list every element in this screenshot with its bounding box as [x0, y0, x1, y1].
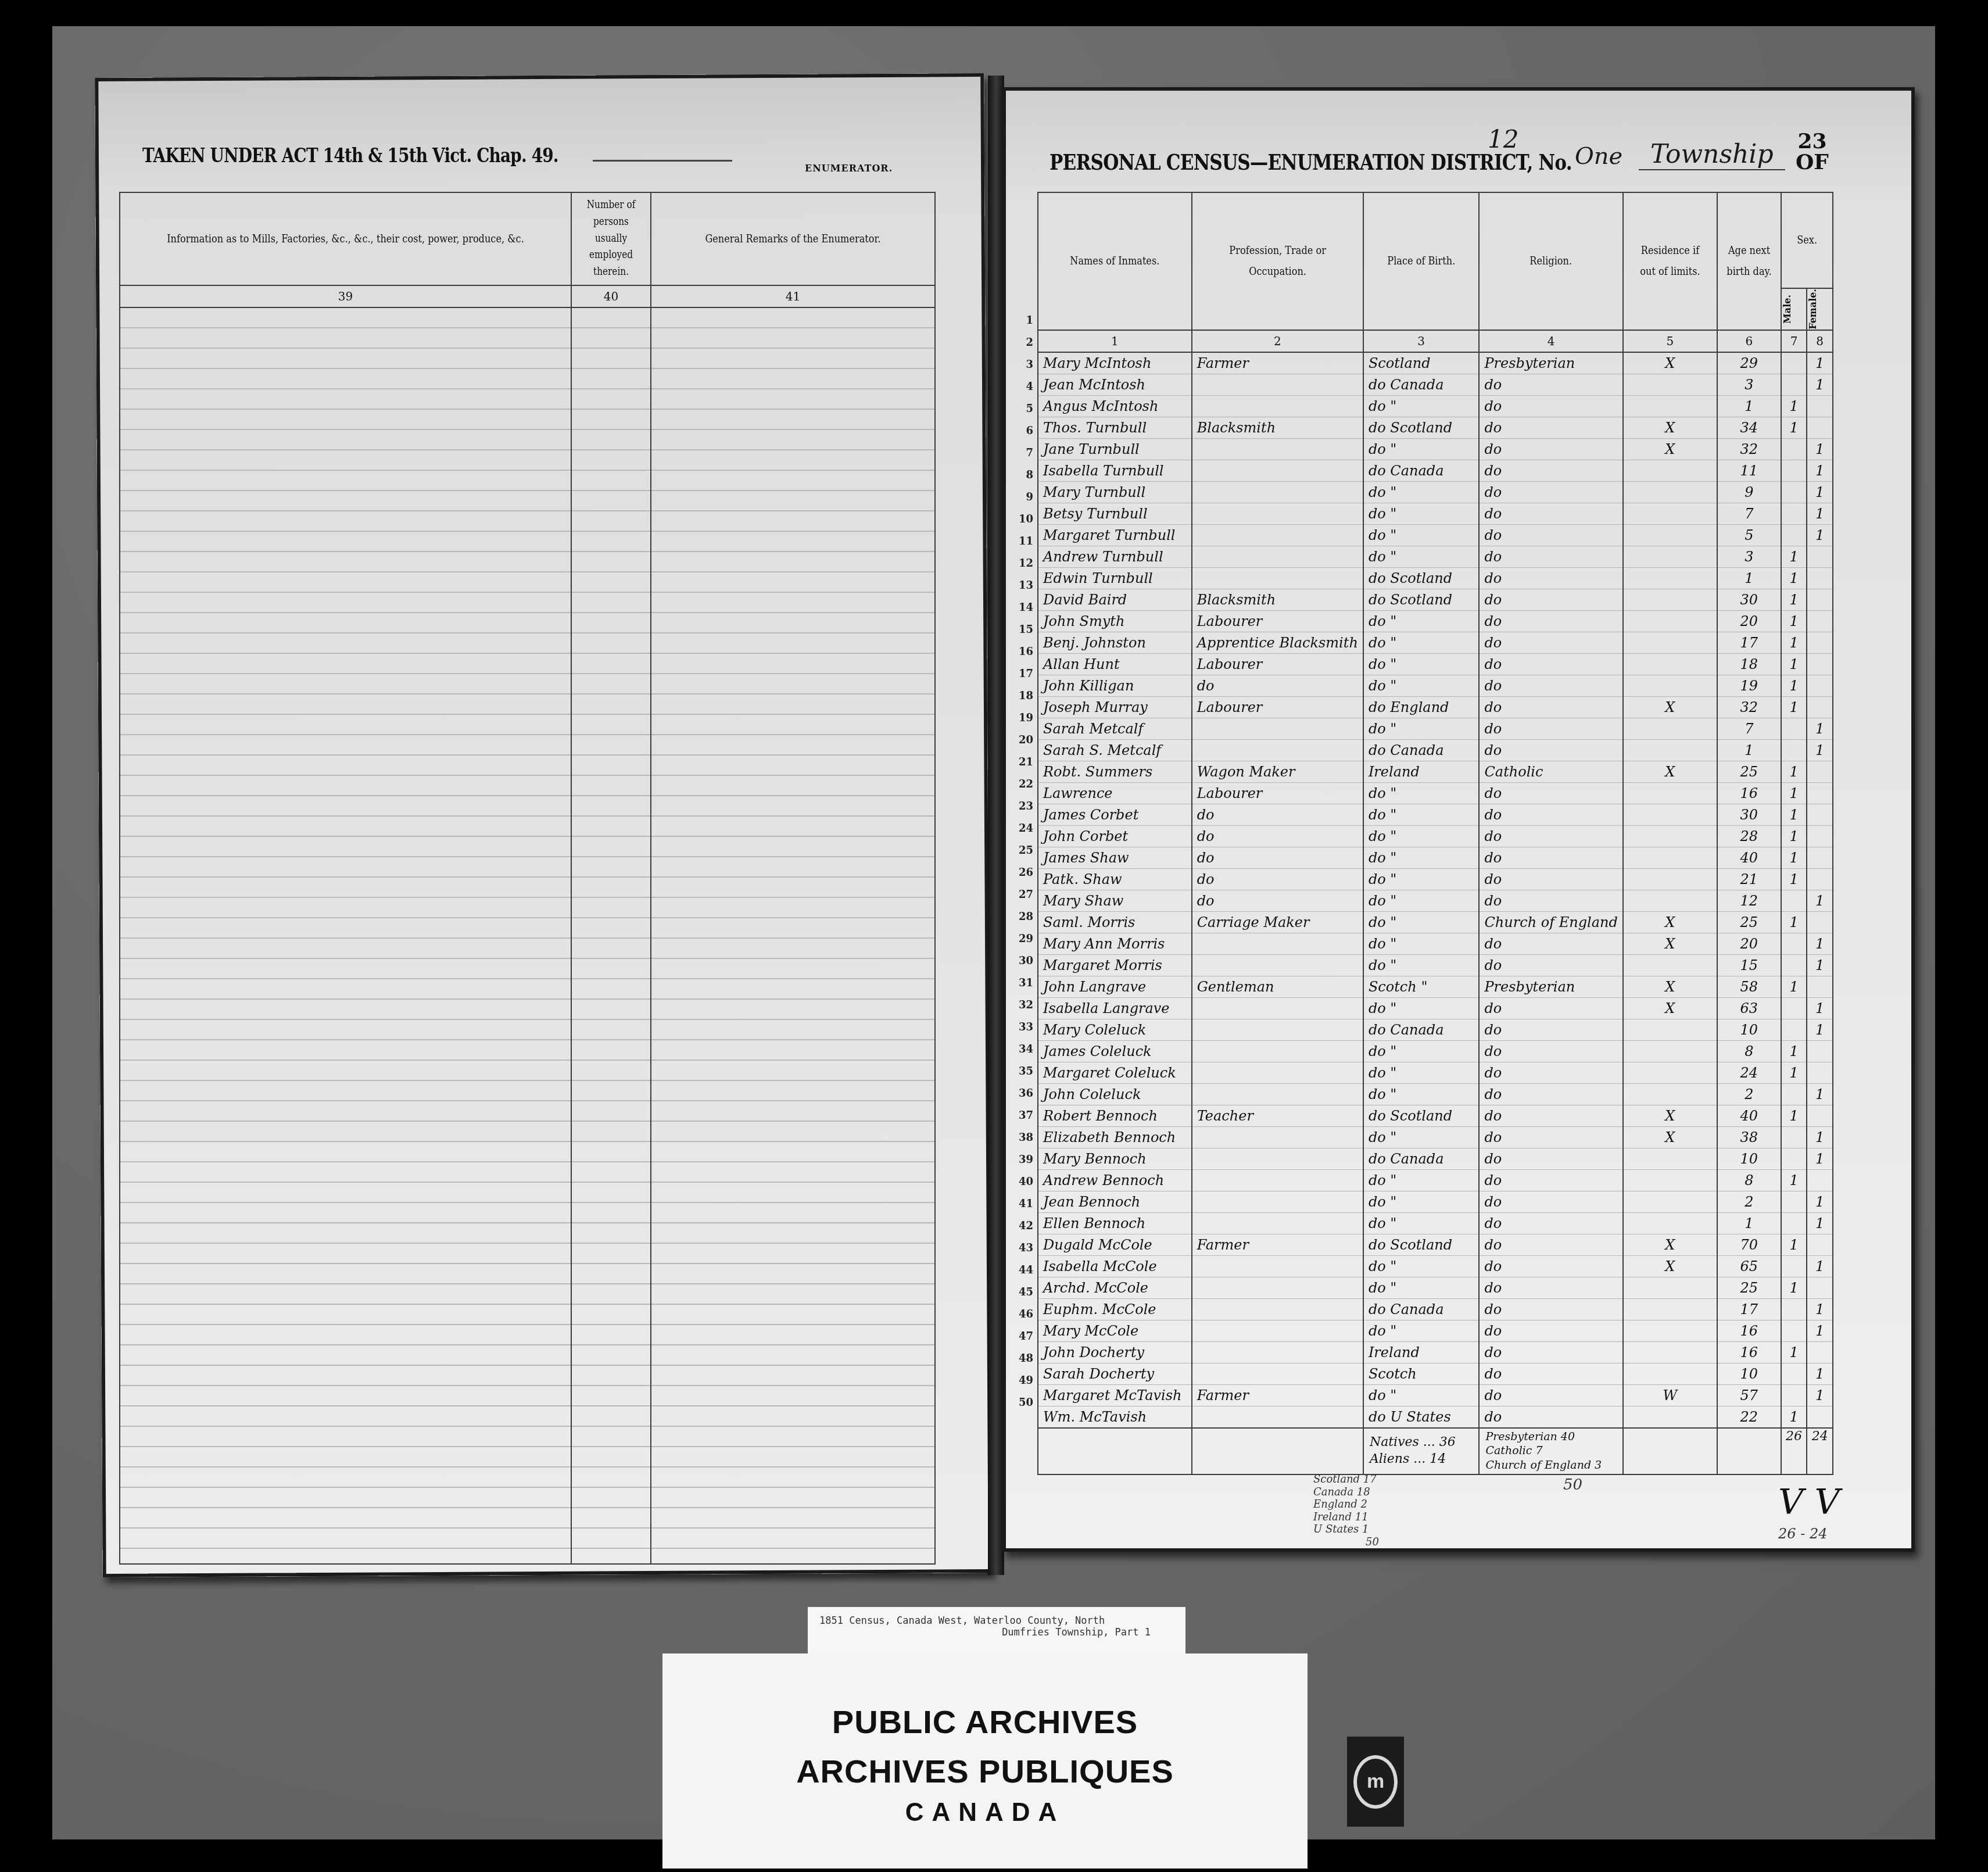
entry-age: 30 [1717, 589, 1781, 610]
entry-birthplace: do Scotland [1363, 1234, 1480, 1255]
row-number: 12 [1011, 557, 1033, 570]
entry-female: 1 [1807, 1148, 1833, 1169]
col-birthplace-header: Place of Birth. [1363, 192, 1480, 330]
book-spine [988, 76, 1004, 1575]
entry-religion: do [1479, 1212, 1622, 1234]
col-number: 2 [1192, 330, 1363, 352]
entry-name: Sarah Docherty [1038, 1363, 1192, 1384]
entry-age: 21 [1717, 868, 1781, 890]
entry-female: 1 [1807, 1019, 1833, 1040]
left-page-title: TAKEN UNDER ACT 14th & 15th Vict. Chap. … [142, 144, 558, 167]
entry-occupation [1192, 395, 1363, 417]
col-number: 7 [1781, 330, 1807, 352]
entry-male [1781, 524, 1807, 546]
entry-male: 1 [1781, 1234, 1807, 1255]
entry-occupation: Labourer [1192, 782, 1363, 804]
entry-female: 1 [1807, 739, 1833, 761]
religion-tally-total: 50 [1563, 1476, 1582, 1494]
row-number: 38 [1011, 1132, 1033, 1144]
entry-occupation [1192, 954, 1363, 976]
entry-occupation [1192, 1126, 1363, 1148]
table-row: John Corbetdodo "do281 [1038, 825, 1833, 847]
entry-birthplace: do " [1363, 1212, 1480, 1234]
entry-occupation: Labourer [1192, 653, 1363, 675]
entry-religion: do [1479, 1083, 1622, 1105]
entry-male: 1 [1781, 911, 1807, 933]
entry-female [1807, 1169, 1833, 1191]
table-row: Angus McIntoshdo "do11 [1038, 395, 1833, 417]
table-row: Patk. Shawdodo "do211 [1038, 868, 1833, 890]
entry-female [1807, 782, 1833, 804]
row-number: 48 [1011, 1352, 1033, 1365]
entry-occupation: do [1192, 847, 1363, 868]
row-number: 7 [1011, 447, 1033, 459]
entry-occupation [1192, 1320, 1363, 1341]
entry-religion: do [1479, 1062, 1622, 1083]
row-number: 4 [1011, 381, 1033, 393]
entry-birthplace: do " [1363, 438, 1480, 460]
entry-residence-mark [1623, 1277, 1717, 1298]
entry-occupation [1192, 739, 1363, 761]
entry-religion: do [1479, 954, 1622, 976]
entry-name: David Baird [1038, 589, 1192, 610]
entry-birthplace: do " [1363, 1384, 1480, 1406]
entry-age: 16 [1717, 782, 1781, 804]
entry-female [1807, 589, 1833, 610]
entry-birthplace: do " [1363, 911, 1480, 933]
entry-name: Robert Bennoch [1038, 1105, 1192, 1126]
entry-religion: do [1479, 675, 1622, 696]
entry-name: Isabella McCole [1038, 1255, 1192, 1277]
entry-age: 65 [1717, 1255, 1781, 1277]
entry-female: 1 [1807, 374, 1833, 395]
entry-birthplace: do " [1363, 524, 1480, 546]
col-mills-header: Information as to Mills, Factories, &c.,… [120, 192, 571, 285]
entry-occupation: Farmer [1192, 1384, 1363, 1406]
entry-female [1807, 868, 1833, 890]
entry-residence-mark [1623, 675, 1717, 696]
totals-age-cell [1717, 1428, 1781, 1474]
entry-religion: do [1479, 1298, 1622, 1320]
archives-logo-icon: m [1347, 1737, 1404, 1827]
row-number: 46 [1011, 1308, 1033, 1320]
persons-body [571, 307, 651, 1564]
entry-age: 15 [1717, 954, 1781, 976]
entry-name: Elizabeth Bennoch [1038, 1126, 1192, 1148]
row-number: 34 [1011, 1043, 1033, 1055]
table-row: Mary Shawdodo "do121 [1038, 890, 1833, 911]
entry-residence-mark [1623, 825, 1717, 847]
entry-age: 1 [1717, 567, 1781, 589]
row-number: 30 [1011, 955, 1033, 967]
entry-male: 1 [1781, 825, 1807, 847]
entry-name: Lawrence [1038, 782, 1192, 804]
entry-age: 12 [1717, 890, 1781, 911]
col-male-header: Male. [1781, 288, 1807, 330]
entry-age: 1 [1717, 395, 1781, 417]
entry-age: 25 [1717, 761, 1781, 782]
table-row: Mary Ann Morrisdo "doX201 [1038, 933, 1833, 954]
entry-religion: do [1479, 503, 1622, 524]
entry-age: 8 [1717, 1169, 1781, 1191]
enumerator-label: ENUMERATOR. [805, 163, 893, 174]
entry-male [1781, 1019, 1807, 1040]
entry-birthplace: do " [1363, 1040, 1480, 1062]
entry-occupation [1192, 1040, 1363, 1062]
row-number: 15 [1011, 624, 1033, 636]
table-row: Margaret Turnbulldo "do51 [1038, 524, 1833, 546]
entry-female: 1 [1807, 460, 1833, 481]
entry-name: Dugald McCole [1038, 1234, 1192, 1255]
entry-residence-mark [1623, 782, 1717, 804]
row-number: 41 [1011, 1198, 1033, 1210]
entry-birthplace: do " [1363, 675, 1480, 696]
row-number: 14 [1011, 602, 1033, 614]
female-total: 24 [1807, 1428, 1833, 1474]
entry-age: 7 [1717, 718, 1781, 739]
entry-name: James Coleluck [1038, 1040, 1192, 1062]
entry-name: Mary Shaw [1038, 890, 1192, 911]
entry-male [1781, 954, 1807, 976]
entry-name: Mary Coleluck [1038, 1019, 1192, 1040]
row-number: 49 [1011, 1375, 1033, 1387]
row-number: 37 [1011, 1109, 1033, 1122]
entry-residence-mark [1623, 890, 1717, 911]
entry-age: 29 [1717, 352, 1781, 374]
entry-age: 10 [1717, 1363, 1781, 1384]
entry-residence-mark: X [1623, 1234, 1717, 1255]
entry-female [1807, 567, 1833, 589]
entry-age: 70 [1717, 1234, 1781, 1255]
entry-name: Mary McIntosh [1038, 352, 1192, 374]
table-row: Sarah DochertyScotchdo101 [1038, 1363, 1833, 1384]
entry-residence-mark [1623, 1406, 1717, 1428]
entry-name: Jean McIntosh [1038, 374, 1192, 395]
row-number: 24 [1011, 822, 1033, 835]
entry-name: John Smyth [1038, 610, 1192, 632]
entry-age: 16 [1717, 1341, 1781, 1363]
entry-male [1781, 503, 1807, 524]
entry-residence-mark [1623, 610, 1717, 632]
handwritten-district-number: One [1575, 143, 1622, 170]
table-row: John DochertyIrelanddo161 [1038, 1341, 1833, 1363]
row-number: 19 [1011, 712, 1033, 724]
table-row: Robert BennochTeacherdo ScotlanddoX401 [1038, 1105, 1833, 1126]
entry-name: Betsy Turnbull [1038, 503, 1192, 524]
entry-birthplace: do " [1363, 825, 1480, 847]
entry-age: 20 [1717, 610, 1781, 632]
row-number: 23 [1011, 800, 1033, 812]
entry-age: 2 [1717, 1191, 1781, 1212]
entry-religion: do [1479, 825, 1622, 847]
entry-religion: do [1479, 868, 1622, 890]
entry-birthplace: do " [1363, 395, 1480, 417]
entry-occupation [1192, 1277, 1363, 1298]
entry-name: John Docherty [1038, 1341, 1192, 1363]
entry-birthplace: do " [1363, 610, 1480, 632]
entry-female [1807, 417, 1833, 438]
entry-birthplace: Scotch " [1363, 976, 1480, 997]
table-row: David BairdBlacksmithdo Scotlanddo301 [1038, 589, 1833, 610]
entry-residence-mark: X [1623, 911, 1717, 933]
entry-name: Mary Bennoch [1038, 1148, 1192, 1169]
entry-male [1781, 1083, 1807, 1105]
entry-female: 1 [1807, 352, 1833, 374]
entry-birthplace: do " [1363, 1062, 1480, 1083]
table-row: Jane Turnbulldo "doX321 [1038, 438, 1833, 460]
entry-occupation: do [1192, 890, 1363, 911]
microfilm-caption: 1851 Census, Canada West, Waterloo Count… [808, 1607, 1185, 1659]
table-row: Margaret Coleluckdo "do241 [1038, 1062, 1833, 1083]
entry-birthplace: do U States [1363, 1406, 1480, 1428]
entry-female [1807, 804, 1833, 825]
row-number: 45 [1011, 1286, 1033, 1298]
entry-age: 24 [1717, 1062, 1781, 1083]
entry-female: 1 [1807, 1384, 1833, 1406]
table-row: Mary Coleluckdo Canadado101 [1038, 1019, 1833, 1040]
entry-religion: do [1479, 374, 1622, 395]
entry-male [1781, 1255, 1807, 1277]
archives-title-fr: ARCHIVES PUBLIQUES [662, 1752, 1308, 1790]
table-row: James Shawdodo "do401 [1038, 847, 1833, 868]
entry-age: 38 [1717, 1126, 1781, 1148]
entry-birthplace: do Canada [1363, 1019, 1480, 1040]
totals-birthplace: Natives ... 36 Aliens ... 14 [1363, 1428, 1480, 1474]
entry-occupation [1192, 1255, 1363, 1277]
entry-name: Wm. McTavish [1038, 1406, 1192, 1428]
entry-occupation [1192, 1298, 1363, 1320]
col-occupation-header: Profession, Trade or Occupation. [1192, 192, 1363, 330]
entry-female: 1 [1807, 1298, 1833, 1320]
entry-female: 1 [1807, 718, 1833, 739]
table-row: Isabella Langravedo "doX631 [1038, 997, 1833, 1019]
entry-name: Jean Bennoch [1038, 1191, 1192, 1212]
entry-male [1781, 1298, 1807, 1320]
table-row: Mary McIntoshFarmerScotlandPresbyterianX… [1038, 352, 1833, 374]
entry-name: Andrew Turnbull [1038, 546, 1192, 567]
row-number: 6 [1011, 425, 1033, 437]
entry-birthplace: do " [1363, 503, 1480, 524]
table-row: Margaret Morrisdo "do151 [1038, 954, 1833, 976]
entry-residence-mark [1623, 481, 1717, 503]
entry-female: 1 [1807, 1363, 1833, 1384]
handwritten-district-name: Township [1639, 139, 1785, 170]
table-row: LawrenceLabourerdo "do161 [1038, 782, 1833, 804]
entry-male: 1 [1781, 1406, 1807, 1428]
entry-male [1781, 718, 1807, 739]
entry-male [1781, 739, 1807, 761]
entry-religion: do [1479, 739, 1622, 761]
entry-female: 1 [1807, 1191, 1833, 1212]
entry-religion: do [1479, 546, 1622, 567]
col-female-header: Female. [1807, 288, 1833, 330]
entry-occupation [1192, 1148, 1363, 1169]
entry-age: 9 [1717, 481, 1781, 503]
entry-residence-mark: W [1623, 1384, 1717, 1406]
entry-age: 20 [1717, 933, 1781, 954]
entry-male [1781, 1126, 1807, 1148]
entry-name: James Corbet [1038, 804, 1192, 825]
entry-birthplace: do " [1363, 997, 1480, 1019]
entry-religion: do [1479, 1169, 1622, 1191]
entry-male [1781, 1384, 1807, 1406]
entry-female [1807, 825, 1833, 847]
table-row: Elizabeth Bennochdo "doX381 [1038, 1126, 1833, 1148]
entry-age: 22 [1717, 1406, 1781, 1428]
totals-names-cell [1038, 1428, 1192, 1474]
entry-name: Margaret Turnbull [1038, 524, 1192, 546]
entry-male [1781, 933, 1807, 954]
entry-female [1807, 395, 1833, 417]
entry-birthplace: do " [1363, 868, 1480, 890]
entry-residence-mark [1623, 503, 1717, 524]
col-sex-header: Sex. [1781, 192, 1833, 288]
entry-name: Isabella Turnbull [1038, 460, 1192, 481]
entry-female [1807, 546, 1833, 567]
entry-age: 63 [1717, 997, 1781, 1019]
entry-residence-mark [1623, 1298, 1717, 1320]
col-remarks-header: General Remarks of the Enumerator. [651, 192, 935, 285]
entry-birthplace: do " [1363, 632, 1480, 653]
col-number: 41 [651, 285, 935, 307]
table-row: Benj. JohnstonApprentice Blacksmithdo "d… [1038, 632, 1833, 653]
entry-occupation [1192, 1363, 1363, 1384]
entry-occupation [1192, 1212, 1363, 1234]
row-number: 35 [1011, 1065, 1033, 1078]
archives-title-en: PUBLIC ARCHIVES [662, 1703, 1308, 1741]
entry-residence-mark [1623, 1040, 1717, 1062]
entry-occupation: Teacher [1192, 1105, 1363, 1126]
row-number: 10 [1011, 513, 1033, 525]
entry-birthplace: do " [1363, 1169, 1480, 1191]
birthplace-tally: Scotland 17 Canada 18 England 2 Ireland … [1313, 1473, 1379, 1549]
entry-birthplace: do Canada [1363, 460, 1480, 481]
entry-female [1807, 675, 1833, 696]
entry-occupation [1192, 460, 1363, 481]
entry-name: Patk. Shaw [1038, 868, 1192, 890]
entry-occupation [1192, 546, 1363, 567]
entry-birthplace: do Canada [1363, 739, 1480, 761]
row-number: 36 [1011, 1087, 1033, 1100]
table-row: Isabella Turnbulldo Canadado111 [1038, 460, 1833, 481]
entry-name: Joseph Murray [1038, 696, 1192, 718]
entry-age: 10 [1717, 1019, 1781, 1040]
table-row: Isabella McColedo "doX651 [1038, 1255, 1833, 1277]
row-number: 43 [1011, 1242, 1033, 1254]
entry-female [1807, 761, 1833, 782]
entry-female: 1 [1807, 1320, 1833, 1341]
entry-male: 1 [1781, 632, 1807, 653]
entry-residence-mark [1623, 1019, 1717, 1040]
entry-male: 1 [1781, 761, 1807, 782]
row-number: 47 [1011, 1330, 1033, 1343]
entry-religion: do [1479, 1320, 1622, 1341]
entry-religion: do [1479, 1234, 1622, 1255]
entry-residence-mark: X [1623, 933, 1717, 954]
entry-occupation [1192, 438, 1363, 460]
entry-female [1807, 632, 1833, 653]
entry-religion: do [1479, 567, 1622, 589]
entry-residence-mark [1623, 847, 1717, 868]
entry-residence-mark [1623, 567, 1717, 589]
entry-female: 1 [1807, 1083, 1833, 1105]
row-number: 18 [1011, 690, 1033, 702]
entry-residence-mark [1623, 546, 1717, 567]
entry-age: 18 [1717, 653, 1781, 675]
table-row: Wm. McTavishdo U Statesdo221 [1038, 1406, 1833, 1428]
entry-male [1781, 1148, 1807, 1169]
entry-residence-mark [1623, 1191, 1717, 1212]
left-page-table: Information as to Mills, Factories, &c.,… [119, 192, 936, 1565]
entry-occupation [1192, 1062, 1363, 1083]
table-row: Mary Bennochdo Canadado101 [1038, 1148, 1833, 1169]
remarks-body [651, 307, 935, 1564]
entry-male [1781, 460, 1807, 481]
entry-female [1807, 1234, 1833, 1255]
entry-male [1781, 352, 1807, 374]
entry-religion: do [1479, 1384, 1622, 1406]
table-row: Betsy Turnbulldo "do71 [1038, 503, 1833, 524]
row-number: 27 [1011, 889, 1033, 901]
entry-occupation [1192, 567, 1363, 589]
entry-male: 1 [1781, 1105, 1807, 1126]
col-number: 4 [1479, 330, 1622, 352]
entry-name: John Coleluck [1038, 1083, 1192, 1105]
entry-religion: do [1479, 933, 1622, 954]
table-row: Andrew Turnbulldo "do31 [1038, 546, 1833, 567]
entry-birthplace: do " [1363, 1320, 1480, 1341]
row-number: 21 [1011, 756, 1033, 768]
row-number: 3 [1011, 359, 1033, 371]
entry-religion: do [1479, 1341, 1622, 1363]
entry-occupation: Farmer [1192, 1234, 1363, 1255]
row-number: 42 [1011, 1220, 1033, 1232]
entry-residence-mark [1623, 1341, 1717, 1363]
entry-religion: do [1479, 589, 1622, 610]
entry-religion: do [1479, 1191, 1622, 1212]
col-number: 3 [1363, 330, 1480, 352]
entry-religion: do [1479, 1040, 1622, 1062]
table-row: Mary Turnbulldo "do91 [1038, 481, 1833, 503]
entry-male: 1 [1781, 589, 1807, 610]
entry-name: Euphm. McCole [1038, 1298, 1192, 1320]
entry-male: 1 [1781, 567, 1807, 589]
entry-birthplace: Scotland [1363, 352, 1480, 374]
entry-religion: do [1479, 696, 1622, 718]
totals-residence-cell [1623, 1428, 1717, 1474]
entry-name: John Langrave [1038, 976, 1192, 997]
entry-name: Margaret McTavish [1038, 1384, 1192, 1406]
entry-age: 19 [1717, 675, 1781, 696]
row-number: 39 [1011, 1154, 1033, 1166]
entry-female [1807, 696, 1833, 718]
table-row: John Killigandodo "do191 [1038, 675, 1833, 696]
entry-male: 1 [1781, 1169, 1807, 1191]
entry-name: Margaret Coleluck [1038, 1062, 1192, 1083]
entry-residence-mark [1623, 804, 1717, 825]
entry-name: Sarah S. Metcalf [1038, 739, 1192, 761]
entry-religion: do [1479, 438, 1622, 460]
row-number: 2 [1011, 337, 1033, 349]
entry-female [1807, 1277, 1833, 1298]
entry-occupation [1192, 933, 1363, 954]
entry-religion: do [1479, 1148, 1622, 1169]
entry-residence-mark: X [1623, 976, 1717, 997]
entry-name: Andrew Bennoch [1038, 1169, 1192, 1191]
entry-religion: Presbyterian [1479, 976, 1622, 997]
row-number: 22 [1011, 778, 1033, 790]
entry-birthplace: do Canada [1363, 1298, 1480, 1320]
